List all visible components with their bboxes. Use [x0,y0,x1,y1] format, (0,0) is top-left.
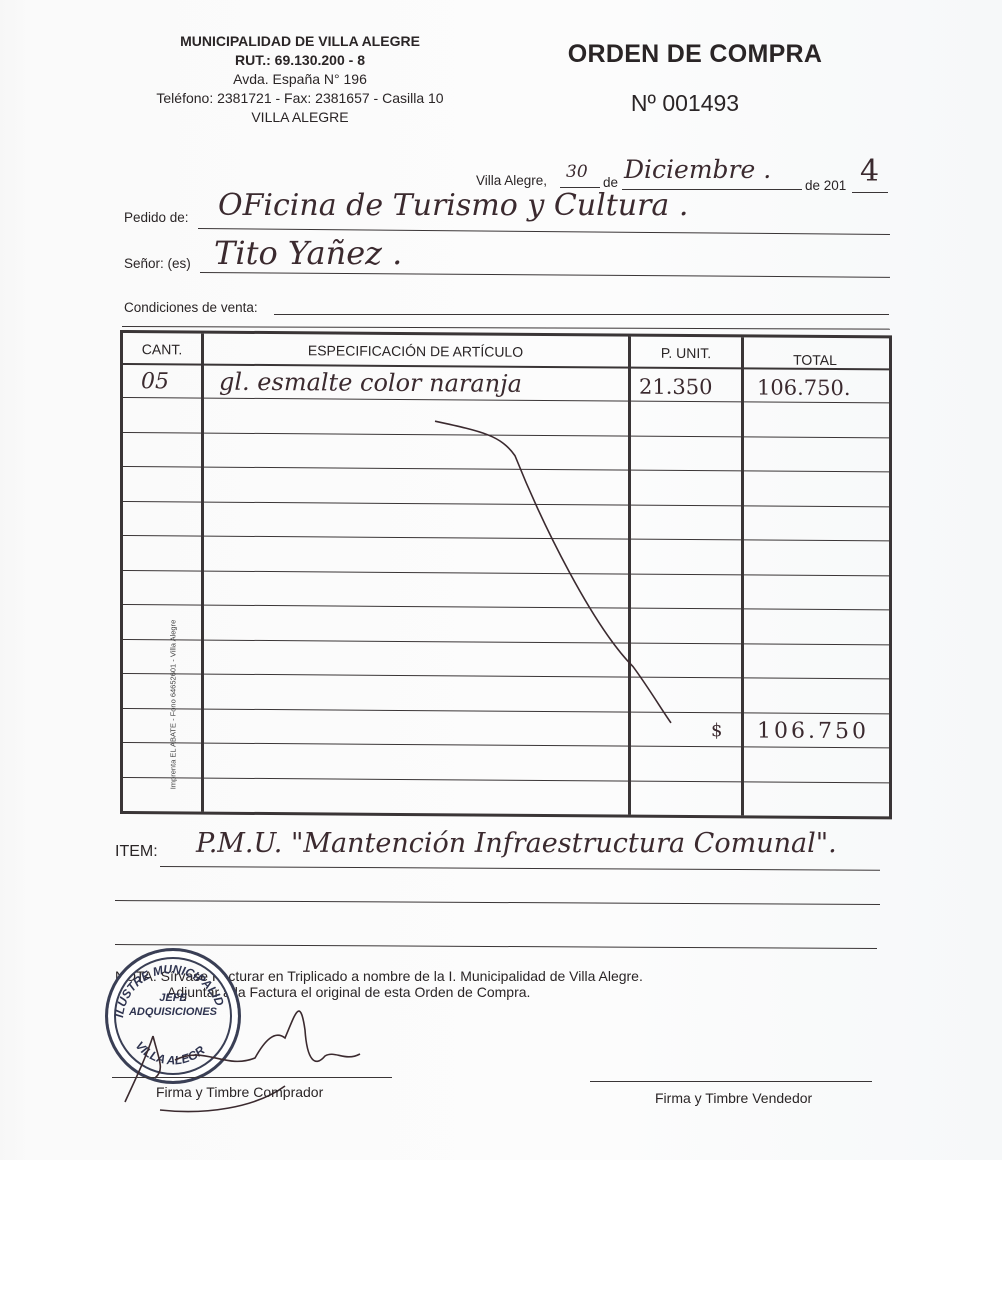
date-year-digit[interactable]: 4 [860,154,879,189]
date-place-label: Villa Alegre, [476,173,547,188]
item-value[interactable]: P.M.U. "Mantención Infraestructura Comun… [196,828,837,859]
org-address: Avda. España N° 196 [100,70,500,89]
buyer-signature-line [112,1077,392,1078]
buyer-signature [115,990,385,1120]
printer-imprint: Imprenta EL ABATE - Fono 64652601 - Vill… [169,610,178,800]
date-day[interactable]: 30 [566,162,588,182]
organization-header: MUNICIPALIDAD DE VILLA ALEGRE RUT.: 69.1… [100,32,500,127]
items-table: CANT. ESPECIFICACIÓN DE ARTÍCULO P. UNIT… [120,330,892,819]
date-month[interactable]: Diciembre . [624,155,771,184]
senor-value[interactable]: Tito Yañez . [214,234,402,272]
org-rut: RUT.: 69.130.200 - 8 [100,51,500,70]
item-label: ITEM: [115,843,158,861]
seller-signature-label: Firma y Timbre Vendedor [655,1090,812,1106]
document-number: Nº 001493 [540,90,830,117]
cancel-stroke [123,333,889,816]
senor-label: Señor: (es) [124,256,191,271]
document-title: ORDEN DE COMPRA [540,40,850,69]
date-year-label: de 201 [805,178,846,193]
buyer-signature-label: Firma y Timbre Comprador [156,1084,323,1100]
condiciones-line [274,314,889,315]
org-name: MUNICIPALIDAD DE VILLA ALEGRE [100,32,500,51]
org-contact: Teléfono: 2381721 - Fax: 2381657 - Casil… [100,89,500,108]
org-city: VILLA ALEGRE [100,108,500,127]
pedido-value[interactable]: OFicina de Turismo y Cultura . [218,188,688,223]
pedido-label: Pedido de: [124,210,189,225]
seller-signature-line [590,1081,872,1082]
year-line [852,192,888,193]
condiciones-label: Condiciones de venta: [124,300,258,315]
